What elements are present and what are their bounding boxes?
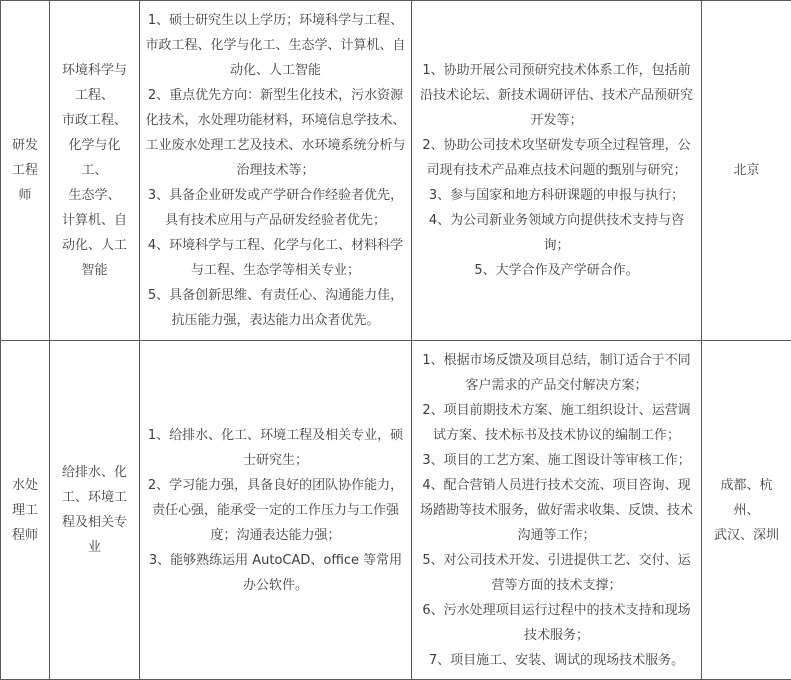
major-list: 给排水、化工、环境工程及相关专业 (50, 341, 140, 680)
requirements-list: 1、给排水、化工、环境工程及相关专业，硕士研究生； 2、学习能力强，具备良好的团… (140, 341, 412, 680)
location-cell: 北京 (702, 1, 791, 341)
major-list: 环境科学与工程、 市政工程、 化学与化工、 生态学、 计算机、自动化、人工智能 (50, 1, 140, 341)
duties-list: 1、协助开展公司预研究技术体系工作，包括前沿技术论坛、新技术调研评估、技术产品预… (412, 1, 702, 341)
job-positions-table: 研发工程师 环境科学与工程、 市政工程、 化学与化工、 生态学、 计算机、自动化… (0, 0, 791, 680)
position-title: 研发工程师 (1, 1, 50, 341)
requirements-list: 1、硕士研究生以上学历；环境科学与工程、市政工程、化学与化工、生态学、计算机、自… (140, 1, 412, 341)
location-cell: 成都、杭州、 武汉、深圳 (702, 341, 791, 680)
duties-list: 1、根据市场反馈及项目总结，制订适合于不同客户需求的产品交付解决方案； 2、项目… (412, 341, 702, 680)
table-row: 水处理工程师 给排水、化工、环境工程及相关专业 1、给排水、化工、环境工程及相关… (1, 341, 791, 680)
table-row: 研发工程师 环境科学与工程、 市政工程、 化学与化工、 生态学、 计算机、自动化… (1, 1, 791, 341)
position-title: 水处理工程师 (1, 341, 50, 680)
